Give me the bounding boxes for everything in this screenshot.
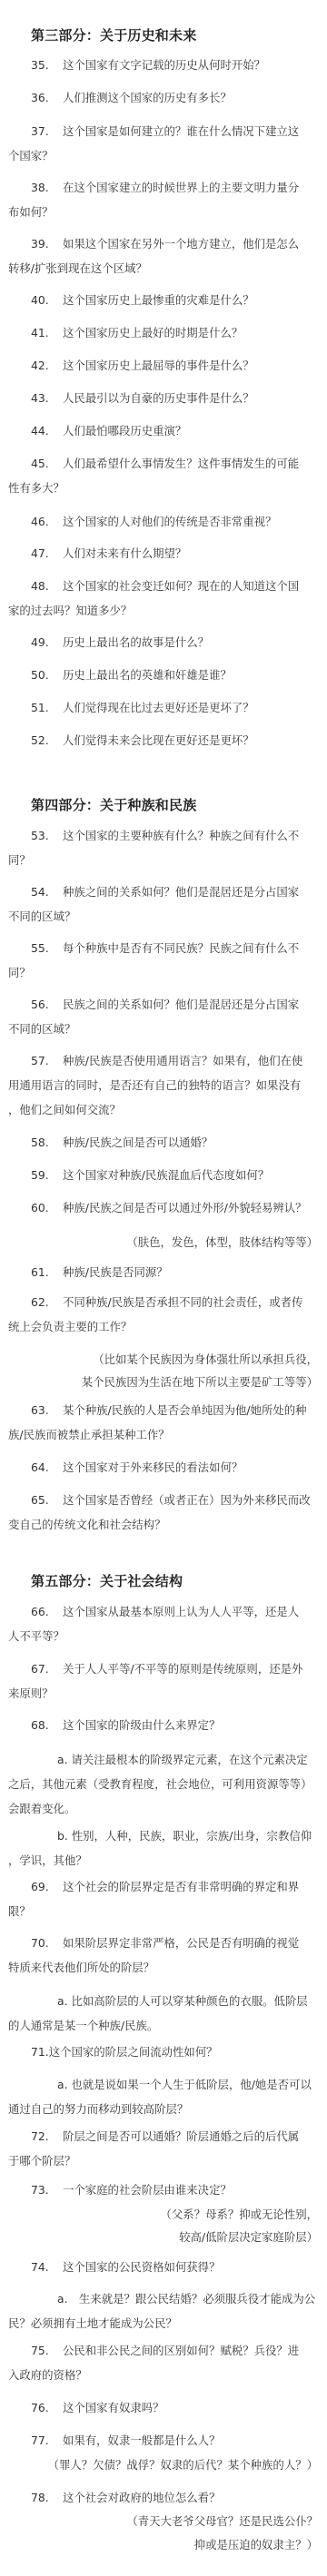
question-number: 41.	[31, 320, 63, 345]
question-text-cont: 统上会负责主要的工作？	[8, 1314, 317, 1339]
question-74: 74.这个国家的公民资格如何获得？	[8, 2255, 317, 2279]
question-45: 45.人们最希望什么事情发生？这件事情发生的可能 性有多大？	[8, 451, 317, 500]
question-61: 61.种族/民族是否同源？	[8, 1260, 317, 1284]
question-71: 71.这个国家的阶层之间流动性如何？	[8, 2040, 317, 2064]
question-text: 人们觉得现在比过去更好还是更坏了？	[63, 701, 254, 714]
question-52: 52.人们觉得未来会比现在更好还是更坏？	[8, 728, 317, 752]
question-text-cont: 性有多大？	[8, 476, 317, 500]
question-number: 78.	[31, 2485, 63, 2510]
question-55: 55.每个种族中是否有不同民族？民族之间有什么不 同？	[8, 936, 317, 985]
question-text: 种族/民族之间是否可以通婚？	[63, 1136, 213, 1149]
question-number: 48.	[31, 574, 63, 598]
question-text: 人民最引以为自豪的历史事件是什么？	[63, 391, 254, 405]
question-number: 44.	[31, 418, 63, 443]
question-text-cont: 限？	[8, 1899, 317, 1923]
question-78-note-line-1: （青天大老爷父母官？还是民选公仆？	[126, 2510, 318, 2532]
question-number: 66.	[31, 1599, 63, 1624]
question-number: 52.	[31, 728, 63, 752]
question-54: 54.种族之间的关系如何？他们是混居还是分占国家 不同的区域？	[8, 880, 317, 929]
question-number: 76.	[31, 2395, 63, 2420]
question-62: 62.不同种族/民族是否承担不同的社会责任，或者传 统上会负责主要的工作？	[8, 1290, 317, 1339]
question-64: 64.这个国家对于外来移民的看法如何？	[8, 1455, 317, 1480]
question-62-note-line-2: 某个民族因为生活在地下所以主要是矿工等等）	[82, 1371, 318, 1393]
question-text: 这个社会的阶层界定是否有非常明确的界定和界	[63, 1880, 299, 1893]
question-60: 60.种族/民族之间是否可以通过外形/外貌轻易辨认？	[8, 1195, 317, 1220]
question-number: 72.	[31, 2124, 63, 2148]
question-text-cont: 布如何？	[8, 200, 317, 224]
question-74-sub-a: a. 生来就是？跟公民结婚？必须服兵役才能成为公 民？必须拥有土地才能成为公民？	[8, 2286, 317, 2335]
question-number: 46.	[31, 509, 63, 534]
question-48: 48.这个国家的社会变迁如何？现在的人知道这个国 家的过去吗？知道多少？	[8, 574, 317, 623]
question-40: 40.这个国家历史上最惨重的灾难是什么？	[8, 288, 317, 312]
question-text: 这个国家是如何建立的？谁在什么情况下建立这	[63, 124, 299, 138]
question-number: 77.	[31, 2428, 63, 2453]
question-63: 63.某个种族/民族的人是否会单纯因为他/她所处的种 族/民族而被禁止承担某种工…	[8, 1398, 317, 1447]
question-37: 37.这个国家是如何建立的？谁在什么情况下建立这 个国家？	[8, 119, 317, 168]
question-73-note-line-1: （父系？母系？抑或无论性别，	[161, 2203, 318, 2226]
question-67: 67.关于人人平等/不平等的原则是传统原则，还是外 来原则？	[8, 1657, 317, 1706]
question-58: 58.种族/民族之间是否可以通婚？	[8, 1130, 317, 1155]
question-text: 这个国家的公民资格如何获得？	[63, 2260, 220, 2274]
question-35: 35.这个国家有文字记载的历史从何时开始？	[8, 53, 317, 77]
question-text: 种族/民族是否使用通用语言？如果有，他们在使	[63, 1054, 302, 1067]
question-text-cont: 家的过去吗？知道多少？	[8, 598, 317, 623]
question-65: 65.这个国家是否曾经（或者正在）因为外来移民而改 变自己的传统文化和社会结构？	[8, 1488, 317, 1537]
question-number: 39.	[31, 231, 63, 256]
question-number: 45.	[31, 451, 63, 476]
question-number: 70.	[31, 1931, 63, 1955]
question-47: 47.人们对未来有什么期望？	[8, 541, 317, 565]
question-number: 63.	[31, 1398, 63, 1422]
question-text-cont: 于哪个阶层？	[8, 2148, 317, 2173]
sub-item-text: a. 生来就是？跟公民结婚？必须服兵役才能成为公	[8, 2286, 317, 2311]
question-text-cont: 用通用语言的同时，是否还有自己的独特的语言？如果没有	[8, 1073, 317, 1097]
sub-item-text: a. 也就是说如果一个人生于低阶层，他/她是否可以	[8, 2072, 317, 2097]
sub-item-text: a. 比如高阶层的人可以穿某种颜色的衣服。低阶层	[8, 1989, 317, 2013]
question-78: 78.这个社会对政府的地位怎么看？	[8, 2485, 317, 2510]
question-number: 57.	[31, 1048, 63, 1073]
question-text: 这个国家历史上最惨重的灾难是什么？	[63, 293, 254, 307]
question-number: 47.	[31, 541, 63, 565]
question-number: 65.	[31, 1488, 63, 1512]
question-text: 如果有，奴隶一般都是什么人？	[63, 2433, 220, 2447]
sub-item-text-cont: 民？必须拥有土地才能成为公民？	[8, 2311, 317, 2335]
question-57: 57.种族/民族是否使用通用语言？如果有，他们在使 用通用语言的同时，是否还有自…	[8, 1048, 317, 1122]
question-text: 人们最希望什么事情发生？这件事情发生的可能	[63, 457, 299, 470]
question-number: 38.	[31, 175, 63, 200]
question-text: 这个国家是否曾经（或者正在）因为外来移民而改	[63, 1493, 311, 1507]
question-number: 35.	[31, 53, 63, 77]
question-46: 46.这个国家的人对他们的传统是否非常重视？	[8, 509, 317, 534]
question-51: 51.人们觉得现在比过去更好还是更坏了？	[8, 695, 317, 720]
question-number: 55.	[31, 936, 63, 960]
question-text: 关于人人平等/不平等的原则是传统原则，还是外	[63, 1662, 302, 1676]
question-text: 这个国家对于外来移民的看法如何？	[63, 1460, 243, 1474]
question-text: 不同种族/民族是否承担不同的社会责任，或者传	[63, 1295, 302, 1309]
sub-item-text: a. 请关注最根本的阶级界定元素，在这个元素决定	[8, 1747, 317, 1772]
question-text: 民族之间的关系如何？他们是混居还是分占国家	[63, 998, 299, 1011]
question-text: 人们觉得未来会比现在更好还是更坏？	[63, 733, 254, 747]
question-text-cont: 特质来代表他们所处的阶层？	[8, 1955, 317, 1980]
question-number: 51.	[31, 695, 63, 720]
question-62-note-line-1: （比如某个民族因为身体强壮所以承担兵役，	[93, 1348, 318, 1371]
question-text: 这个国家对种族/民族混血后代态度如何？	[63, 1168, 269, 1182]
question-number: 75.	[31, 2338, 63, 2363]
question-text-cont: 不同的区域？	[8, 904, 317, 929]
question-53: 53.这个国家的主要种族有什么？种族之间有什么不 同？	[8, 823, 317, 872]
question-text: 这个社会对政府的地位怎么看？	[63, 2491, 220, 2504]
question-text: 如果阶层界定非常严格，公民是否有明确的视觉	[63, 1936, 299, 1950]
section-heading: 第三部分：关于历史和未来	[31, 25, 196, 44]
section-heading: 第四部分：关于种族和民族	[31, 795, 196, 814]
question-text: 历史上最出名的故事是什么？	[63, 635, 209, 649]
question-text: 历史上最出名的英雄和奸雄是谁？	[63, 668, 232, 682]
question-73-note-line-2: 较高/低阶层决定家庭阶层）	[179, 2226, 318, 2248]
question-50: 50.历史上最出名的英雄和奸雄是谁？	[8, 663, 317, 687]
question-72: 72.阶层之间是否可以通婚？阶层通婚之后的后代属 于哪个阶层？	[8, 2124, 317, 2173]
question-66: 66.这个国家从最基本原则上认为人人平等，还是人 人不平等？	[8, 1599, 317, 1648]
question-56: 56.民族之间的关系如何？他们是混居还是分占国家 不同的区域？	[8, 992, 317, 1041]
question-number: 74.	[31, 2255, 63, 2279]
question-text: 这个国家的社会变迁如何？现在的人知道这个国	[63, 579, 299, 593]
question-number: 36.	[31, 85, 63, 110]
question-49: 49.历史上最出名的故事是什么？	[8, 630, 317, 654]
question-text: 某个种族/民族的人是否会单纯因为他/她所处的种	[63, 1403, 307, 1417]
sub-item-text-cont: 会跟着变化。	[8, 1796, 317, 1821]
question-68-sub-a: a. 请关注最根本的阶级界定元素，在这个元素决定 之后，其他元素（受教育程度，社…	[8, 1747, 317, 1821]
question-text-cont: 转移/扩张到现在这个区域？	[8, 256, 317, 280]
question-75: 75.公民和非公民之间的区别如何？赋税？兵役？进 入政府的资格？	[8, 2338, 317, 2387]
question-text-cont: 人不平等？	[8, 1624, 317, 1648]
question-59: 59.这个国家对种族/民族混血后代态度如何？	[8, 1163, 317, 1187]
question-text-cont: 同？	[8, 960, 317, 985]
question-text: 每个种族中是否有不同民族？民族之间有什么不	[63, 941, 299, 955]
question-text: 这个国家有奴隶吗？	[63, 2401, 164, 2414]
question-number: 59.	[31, 1163, 63, 1187]
question-77: 77.如果有，奴隶一般都是什么人？	[8, 2428, 317, 2453]
question-text-cont: 不同的区域？	[8, 1017, 317, 1041]
question-39: 39.如果这个国家在另外一个地方建立，他们是怎么 转移/扩张到现在这个区域？	[8, 231, 317, 280]
question-42: 42.这个国家历史上最屈辱的事件是什么？	[8, 353, 317, 378]
question-number: 61.	[31, 1260, 63, 1284]
question-text: 人们最怕哪段历史重演？	[63, 424, 186, 438]
question-number: 67.	[31, 1657, 63, 1681]
question-number: 49.	[31, 630, 63, 654]
question-text: 人们对未来有什么期望？	[63, 546, 186, 560]
question-number: 56.	[31, 992, 63, 1017]
question-73: 73.一个家庭的社会阶层由谁来决定？	[8, 2178, 317, 2202]
question-43: 43.人民最引以为自豪的历史事件是什么？	[8, 386, 317, 410]
question-text-cont: 个国家？	[8, 143, 317, 168]
question-text: 种族/民族之间是否可以通过外形/外貌轻易辨认？	[63, 1201, 307, 1214]
question-70-sub-a: a. 比如高阶层的人可以穿某种颜色的衣服。低阶层 的人通常是某一个种族/民族。	[8, 1989, 317, 2038]
question-text: 在这个国家建立的时候世界上的主要文明力量分	[63, 181, 299, 194]
question-number: 69.	[31, 1874, 63, 1899]
question-number: 68.	[31, 1713, 63, 1737]
question-text: 这个国家的阶级由什么来界定？	[63, 1718, 220, 1732]
question-number: 60.	[31, 1195, 63, 1220]
question-77-note: （罪人？欠债？战俘？奴隶的后代？某个种族的人？）	[48, 2453, 318, 2476]
question-text: 这个国家的主要种族有什么？种族之间有什么不	[63, 829, 299, 842]
section-heading: 第五部分：关于社会结构	[31, 1571, 183, 1590]
question-text: 一个家庭的社会阶层由谁来决定？	[63, 2183, 232, 2197]
question-text: 种族之间的关系如何？他们是混居还是分占国家	[63, 885, 299, 899]
question-number: 42.	[31, 353, 63, 378]
sub-item-text-cont: 通过自己的努力而移动到较高阶层？	[8, 2097, 317, 2121]
question-78-note-line-2: 抑或是压迫的奴隶主？）	[194, 2533, 318, 2556]
question-text: 这个国家有文字记载的历史从何时开始？	[63, 58, 265, 72]
question-68-sub-b: b. 性别，人种，民族，职业，宗族/出身，宗教信仰 ，学识，其他？	[8, 1824, 317, 1873]
sub-item-text: b. 性别，人种，民族，职业，宗族/出身，宗教信仰	[8, 1824, 317, 1848]
question-number: 50.	[31, 663, 63, 687]
question-36: 36.人们推测这个国家的历史有多长？	[8, 85, 317, 110]
question-text: 人们推测这个国家的历史有多长？	[63, 91, 232, 104]
question-text: 种族/民族是否同源？	[63, 1265, 168, 1279]
question-number: 71.	[31, 2040, 49, 2064]
question-68: 68.这个国家的阶级由什么来界定？	[8, 1713, 317, 1737]
question-text: 这个国家的阶层之间流动性如何？	[49, 2045, 218, 2059]
question-number: 53.	[31, 823, 63, 848]
question-text: 这个国家的人对他们的传统是否非常重视？	[63, 515, 276, 528]
question-70: 70.如果阶层界定非常严格，公民是否有明确的视觉 特质来代表他们所处的阶层？	[8, 1931, 317, 1980]
question-number: 54.	[31, 880, 63, 904]
question-text-cont: 来原则？	[8, 1681, 317, 1706]
question-text: 公民和非公民之间的区别如何？赋税？兵役？进	[63, 2344, 299, 2357]
question-60-note: （肤色，发色，体型，肢体结构等等）	[126, 1231, 318, 1254]
question-76: 76.这个国家有奴隶吗？	[8, 2395, 317, 2420]
question-44: 44.人们最怕哪段历史重演？	[8, 418, 317, 443]
question-text-cont: 同？	[8, 848, 317, 872]
question-38: 38.在这个国家建立的时候世界上的主要文明力量分 布如何？	[8, 175, 317, 224]
question-41: 41.这个国家历史上最好的时期是什么？	[8, 320, 317, 345]
sub-item-text-cont: 的人通常是某一个种族/民族。	[8, 2013, 317, 2038]
question-number: 62.	[31, 1290, 63, 1314]
question-text: 如果这个国家在另外一个地方建立，他们是怎么	[63, 237, 299, 251]
question-text-cont: ，他们之间如何交流？	[8, 1097, 317, 1122]
question-text: 这个国家历史上最屈辱的事件是什么？	[63, 359, 254, 372]
question-number: 73.	[31, 2178, 63, 2202]
question-text-cont: 入政府的资格？	[8, 2363, 317, 2387]
sub-item-text-cont: 之后，其他元素（受教育程度，社会地位，可利用资源等等）	[8, 1772, 317, 1796]
question-number: 43.	[31, 386, 63, 410]
question-text: 这个国家历史上最好的时期是什么？	[63, 326, 243, 339]
question-number: 37.	[31, 119, 63, 143]
question-number: 58.	[31, 1130, 63, 1155]
question-text-cont: 族/民族而被禁止承担某种工作？	[8, 1422, 317, 1447]
question-text-cont: 变自己的传统文化和社会结构？	[8, 1512, 317, 1537]
question-number: 64.	[31, 1455, 63, 1480]
question-number: 40.	[31, 288, 63, 312]
question-71-sub-a: a. 也就是说如果一个人生于低阶层，他/她是否可以 通过自己的努力而移动到较高阶…	[8, 2072, 317, 2121]
question-69: 69.这个社会的阶层界定是否有非常明确的界定和界 限？	[8, 1874, 317, 1923]
question-text: 这个国家从最基本原则上认为人人平等，还是人	[63, 1605, 299, 1618]
sub-item-text-cont: ，学识，其他？	[8, 1848, 317, 1873]
question-text: 阶层之间是否可以通婚？阶层通婚之后的后代属	[63, 2129, 299, 2143]
